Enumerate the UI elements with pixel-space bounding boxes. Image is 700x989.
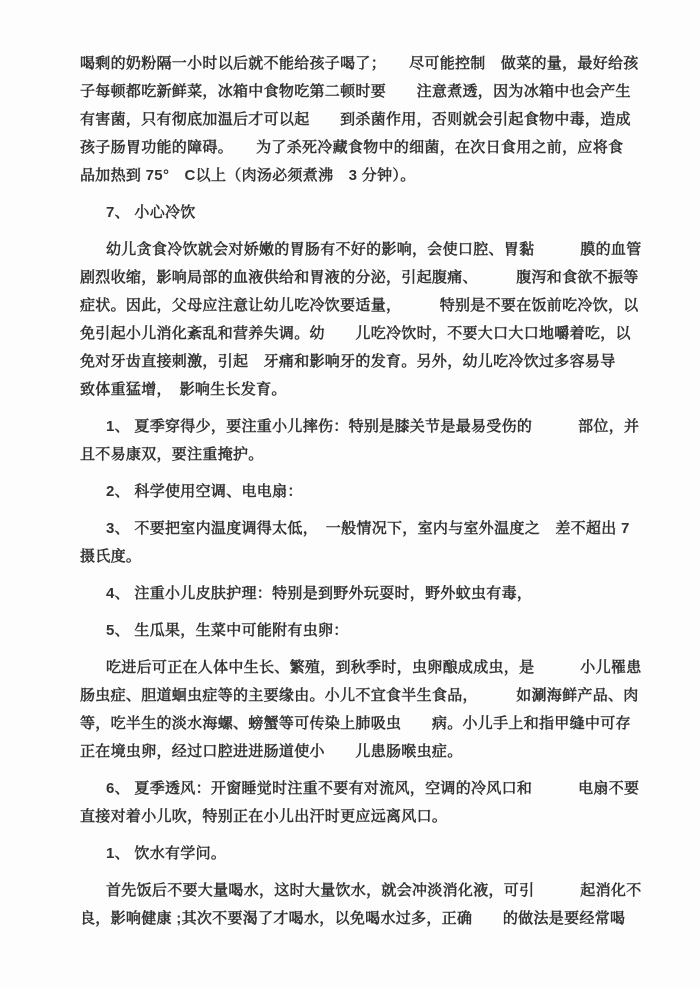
paragraph-12: 首先饭后不要大量喝水，这时大量饮水，就会冲淡消化液，可引 起消化不 良，影响健康… bbox=[80, 877, 640, 933]
paragraph-10: 6、 夏季透风：开窗睡觉时注重不要有对流风，空调的冷风口和 电扇不要 直接对着小… bbox=[80, 775, 640, 831]
paragraph-8: 5、 生瓜果，生菜中可能附有虫卵： bbox=[80, 617, 640, 645]
document-content: 喝剩的奶粉隔一小时以后就不能给孩子喝了； 尽可能控制 做菜的量，最好给孩 子每顿… bbox=[0, 0, 700, 933]
paragraph-2: 7、 小心冷饮 bbox=[80, 199, 640, 227]
paragraph-6: 3、 不要把室内温度调得太低， 一般情况下，室内与室外温度之 差不超出 7 摄氏… bbox=[80, 515, 640, 571]
paragraph-1: 喝剩的奶粉隔一小时以后就不能给孩子喝了； 尽可能控制 做菜的量，最好给孩 子每顿… bbox=[80, 50, 640, 190]
paragraph-7: 4、 注重小儿皮肤护理：特别是到野外玩耍时，野外蚊虫有毒， bbox=[80, 580, 640, 608]
paragraph-9: 吃进后可正在人体中生长、繁殖，到秋季时，虫卵酿成成虫，是 小儿罹患 肠虫症、胆道… bbox=[80, 654, 640, 766]
paragraph-5: 2、 科学使用空调、电电扇： bbox=[80, 478, 640, 506]
paragraph-11: 1、 饮水有学问。 bbox=[80, 840, 640, 868]
document-page: 喝剩的奶粉隔一小时以后就不能给孩子喝了； 尽可能控制 做菜的量，最好给孩 子每顿… bbox=[0, 0, 700, 989]
paragraph-3: 幼儿贪食冷饮就会对娇嫩的胃肠有不好的影响，会使口腔、胃黏 膜的血管 剧烈收缩，影… bbox=[80, 236, 640, 404]
paragraph-4: 1、 夏季穿得少，要注重小儿摔伤：特别是膝关节是最易受伤的 部位，并 且不易康双… bbox=[80, 413, 640, 469]
